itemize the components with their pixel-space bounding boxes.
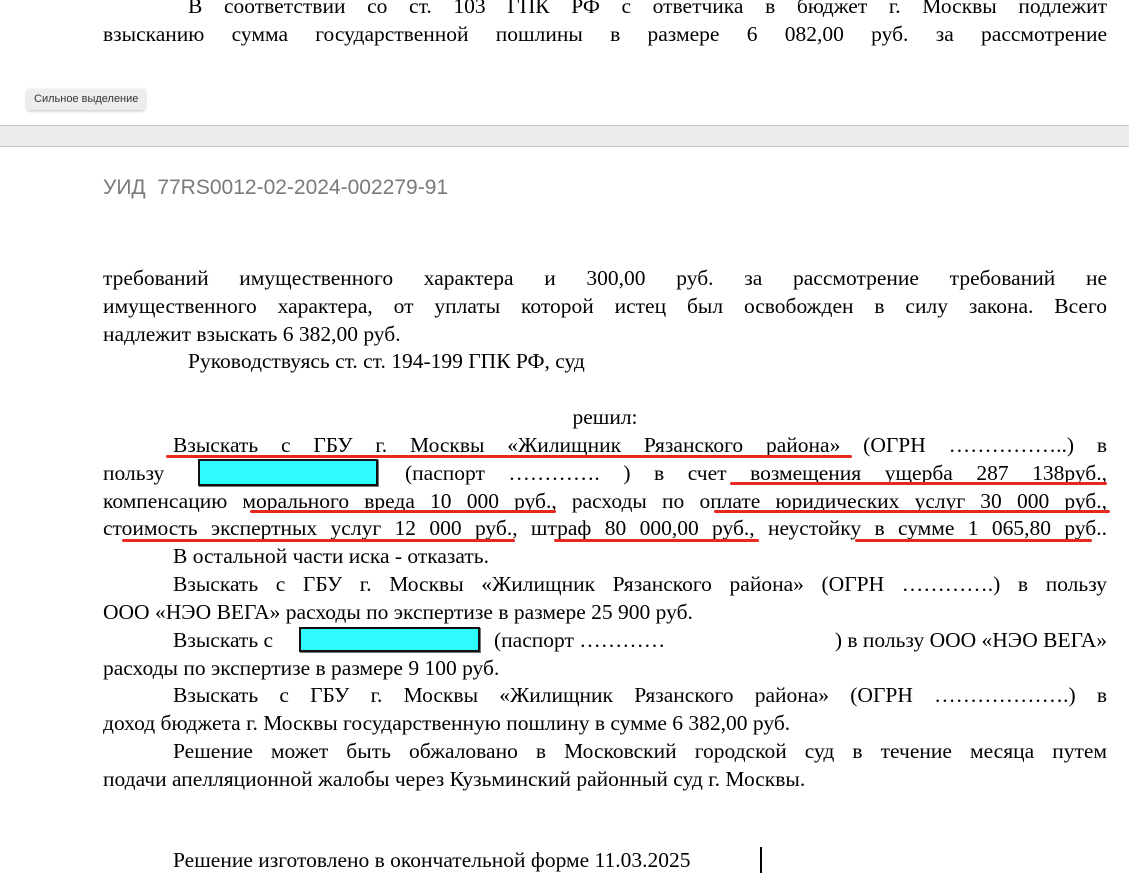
text-line: Взыскать с ГБУ г. Москвы «Жилищник Рязан… xyxy=(173,570,1107,598)
text-line: подачи апелляционной жалобы через Кузьми… xyxy=(103,765,1107,793)
prev-page-line-2: взысканию сумма государственной пошлины … xyxy=(103,20,1107,48)
text-caret xyxy=(760,847,762,873)
text-line: надлежит взыскать 6 382,00 руб. xyxy=(103,320,1107,348)
text-line: Взыскать с ГБУ г. Москвы «Жилищник Рязан… xyxy=(173,681,1107,709)
text-line: ООО «НЭО ВЕГА» расходы по экспертизе в р… xyxy=(103,598,1107,626)
annotation-underline xyxy=(250,510,556,513)
text-fragment: пользу xyxy=(103,461,164,485)
final-form-date-line[interactable]: Решение изготовлено в окончательной форм… xyxy=(173,846,1107,874)
page-separator xyxy=(0,125,1129,147)
decided-heading: решил: xyxy=(103,403,1107,431)
annotation-underline xyxy=(714,510,1110,513)
text-line: Решение может быть обжаловано в Московск… xyxy=(173,737,1107,765)
text-line: требований имущественного характера и 30… xyxy=(103,264,1107,292)
redacted-name-block xyxy=(198,459,378,486)
text-line: ) в пользу ООО «НЭО ВЕГА» xyxy=(776,626,1107,654)
text-line: (паспорт ………… xyxy=(494,626,665,654)
text-line: В остальной части иска - отказать. xyxy=(173,542,1107,570)
annotation-underline xyxy=(730,482,1107,485)
text-line: расходы по экспертизе в размере 9 100 ру… xyxy=(103,654,1107,682)
prev-page-line-1: В соответствии со ст. 103 ГПК РФ с ответ… xyxy=(188,0,1107,20)
text-line: доход бюджета г. Москвы государственную … xyxy=(103,709,1107,737)
text-line: имущественного характера, от уплаты кото… xyxy=(103,292,1107,320)
case-uid: УИД 77RS0012-02-2024-002279-91 xyxy=(103,176,448,200)
strong-emphasis-style-button[interactable]: Сильное выделение xyxy=(27,89,145,110)
text-line: Руководствуясь ст. ст. 194-199 ГПК РФ, с… xyxy=(188,347,1129,375)
annotation-underline xyxy=(166,455,852,458)
text-line: стоимость экспертных услуг 12 000 руб., … xyxy=(103,514,1107,542)
redacted-name-block xyxy=(299,627,480,652)
